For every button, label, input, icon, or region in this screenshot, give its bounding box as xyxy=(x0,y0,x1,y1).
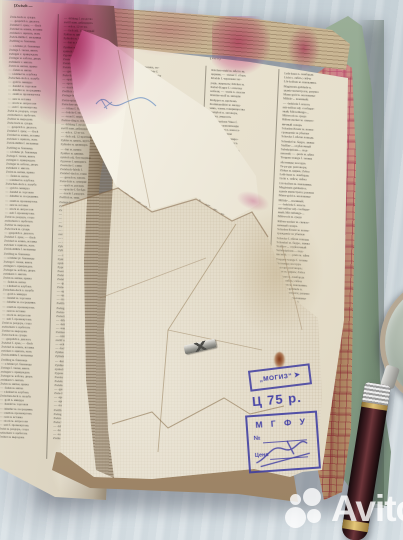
ink-stain xyxy=(288,26,320,71)
avito-logo-icon xyxy=(284,486,328,532)
ink-stain xyxy=(118,4,218,56)
arrow-icon: ➤ xyxy=(294,372,301,380)
library-stamp: М Г Ф У № Цена xyxy=(245,411,321,474)
bookshop-stamp-text: „МОГИЗ“ xyxy=(259,373,293,384)
logo-circle xyxy=(290,494,301,505)
logo-circle xyxy=(285,507,306,528)
price-label: Цена xyxy=(255,452,269,459)
stamp-line xyxy=(263,439,307,443)
photo-old-dictionary-listing: [Zwisch — Zwie-back м. сухарь— -gespräch… xyxy=(0,0,403,540)
logo-circle xyxy=(307,509,321,523)
library-stamp-title: М Г Ф У xyxy=(247,416,316,431)
ink-stain xyxy=(212,16,270,74)
stamp-line xyxy=(270,456,308,460)
avito-watermark: Avito xyxy=(284,486,403,532)
ink-stain xyxy=(48,0,96,95)
stub-shading xyxy=(228,208,324,338)
logo-circle xyxy=(303,488,321,506)
watermark-brand: Avito xyxy=(331,488,403,530)
number-label: № xyxy=(254,436,261,442)
